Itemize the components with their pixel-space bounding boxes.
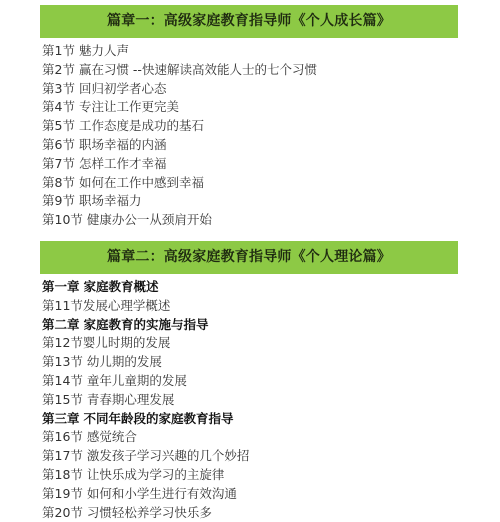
lesson-item: 第8节如何在工作中感到幸福 [42,174,458,193]
lesson-item: 第19节如何和小学生进行有效沟通 [42,485,458,504]
chapter-heading: 第三章不同年龄段的家庭教育指导 [42,410,458,429]
part2-title-banner: 篇章二：高级家庭教育指导师《个人理论篇》 [40,241,458,274]
chapter-heading: 第一章家庭教育概述 [42,278,458,297]
lesson-item: 第12节婴儿时期的发展 [42,334,458,353]
lesson-item: 第13节幼儿期的发展 [42,353,458,372]
lesson-item: 第5节工作态度是成功的基石 [42,117,458,136]
lesson-item: 第20节习惯轻松养学习快乐多 [42,504,458,522]
part2-section: 篇章二：高级家庭教育指导师《个人理论篇》 第一章家庭教育概述 第11节发展心理学… [40,241,458,522]
lesson-item: 第16节感觉统合 [42,428,458,447]
lesson-item: 第6节职场幸福的内涵 [42,136,458,155]
lesson-item: 第11节发展心理学概述 [42,297,458,316]
lesson-item: 第2节赢在习惯 --快速解读高效能人士的七个习惯 [42,61,458,80]
lesson-item: 第9节职场幸福力 [42,192,458,211]
lesson-item: 第15节青春期心理发展 [42,391,458,410]
part1-section: 篇章一：高级家庭教育指导师《个人成长篇》 第1节魅力人声 第2节赢在习惯 --快… [40,5,458,230]
part2-lesson-list: 第一章家庭教育概述 第11节发展心理学概述 第二章家庭教育的实施与指导 第12节… [40,278,458,522]
lesson-item: 第7节怎样工作才幸福 [42,155,458,174]
lesson-item: 第10节健康办公一从颈肩开始 [42,211,458,230]
lesson-item: 第1节魅力人声 [42,42,458,61]
lesson-item: 第18节让快乐成为学习的主旋律 [42,466,458,485]
lesson-item: 第3节回归初学者心态 [42,80,458,99]
lesson-item: 第14节童年儿童期的发展 [42,372,458,391]
lesson-item: 第17节激发孩子学习兴趣的几个妙招 [42,447,458,466]
part1-title-banner: 篇章一：高级家庭教育指导师《个人成长篇》 [40,5,458,38]
part1-lesson-list: 第1节魅力人声 第2节赢在习惯 --快速解读高效能人士的七个习惯 第3节回归初学… [40,42,458,230]
chapter-heading: 第二章家庭教育的实施与指导 [42,316,458,335]
lesson-item: 第4节专注让工作更完美 [42,98,458,117]
